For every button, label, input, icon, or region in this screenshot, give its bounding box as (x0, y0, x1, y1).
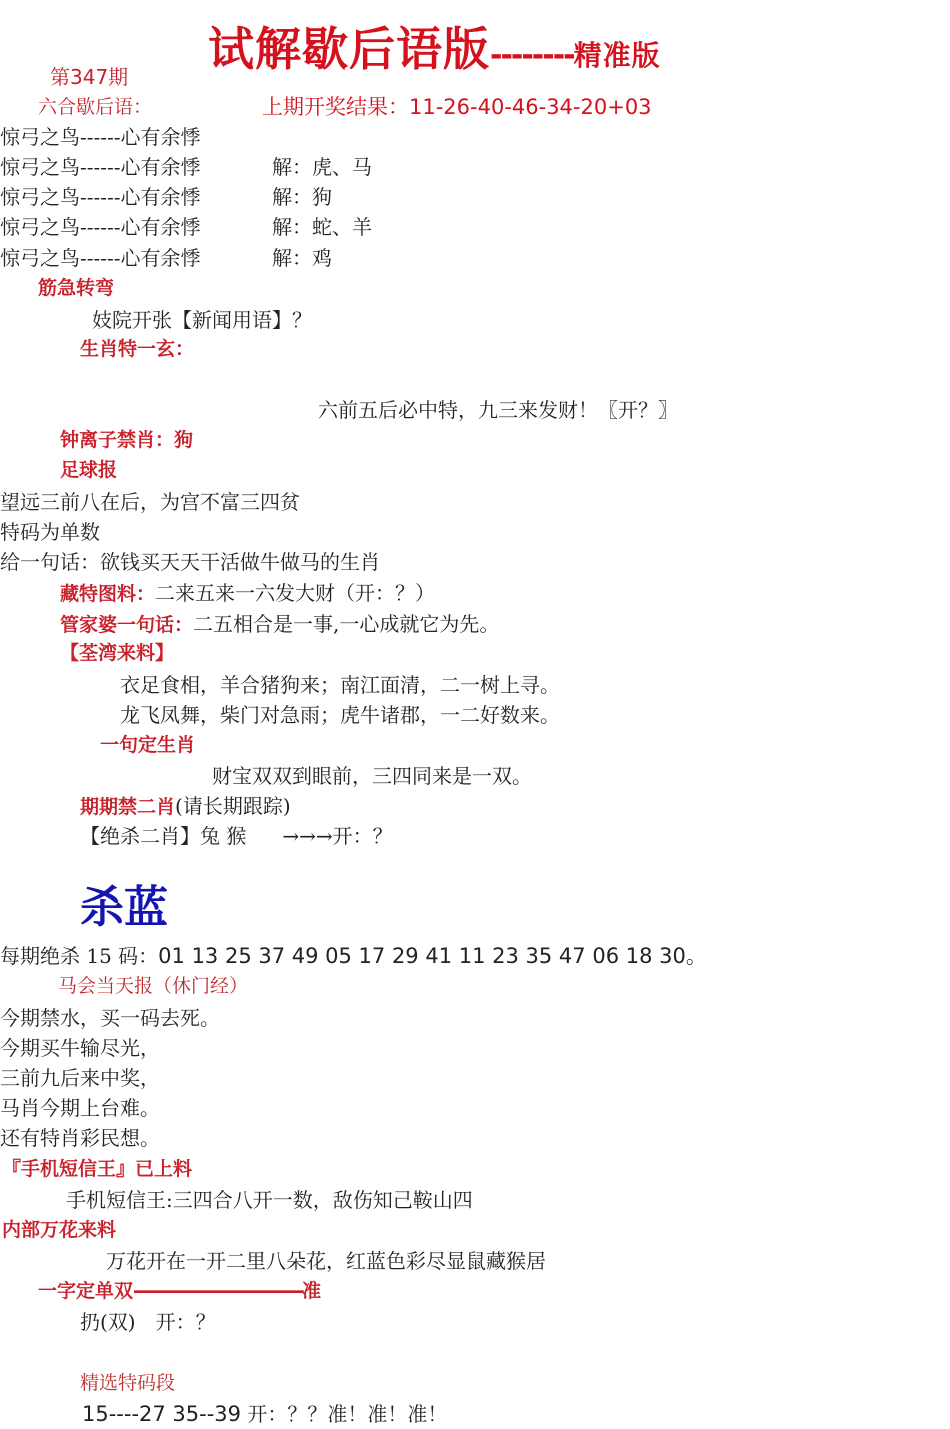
horse-club-line: 马肖今期上台难。 (0, 1098, 160, 1118)
ban-two-zodiacs: 【绝杀二肖】兔 猴 (80, 824, 246, 848)
xiehouyu-answer: 解：虎、马 (272, 157, 372, 177)
special-range-title: 精选特码段 (80, 1374, 175, 1393)
horse-club-line: 三前九后来中奖， (0, 1068, 160, 1088)
ban-two-arrow: →→→开：？ (282, 824, 392, 848)
xiehouyu-row: 惊弓之鸟------心有余悸 (0, 217, 201, 237)
football-line: 望远三前八在后，为宫不富三四贫 (0, 492, 300, 512)
brain-teaser-title: 筋急转弯 (38, 279, 114, 298)
special-range-numbers: 15----27 35--39 (82, 1402, 241, 1426)
wanhua-title: 内部万花来料 (2, 1221, 116, 1240)
title-text: 试解歇后语版 (208, 22, 490, 76)
page-title: 试解歇后语版--------精准版 (208, 26, 661, 72)
xiehouyu-answer: 解：狗 (272, 187, 332, 207)
last-result-numbers: 11-26-40-46-34-20+03 (409, 95, 652, 119)
xiehouyu-row: 惊弓之鸟------心有余悸 (0, 187, 201, 207)
title-dash: -------- (490, 38, 574, 73)
odd-even-title: 一字定单双--------------------------------准 (38, 1282, 321, 1301)
kill-blue-title: 杀蓝 (80, 886, 168, 930)
xiehouyu-text: 惊弓之鸟------心有余悸 (0, 246, 201, 270)
zhongli-title: 钟离子禁肖：狗 (60, 431, 193, 450)
xiehouyu-text: 惊弓之鸟------心有余悸 (0, 155, 201, 179)
sms-king-title: 『手机短信王』已上料 (2, 1160, 192, 1179)
housekeeper-label: 管家婆一句话： (60, 614, 193, 636)
hidden-chart: 藏特图料：二来五来一六发大财（开：？） (60, 583, 435, 604)
hidden-chart-label: 藏特图料： (60, 583, 155, 605)
quanwan-line: 龙飞凤舞，柴门对急雨；虎牛诸郡，一二好数来。 (120, 705, 560, 725)
wanhua-text: 万花开在一开二里八朵花，红蓝色彩尽显鼠藏猴居 (106, 1251, 546, 1271)
football-line: 特码为单数 (0, 522, 100, 542)
xiehouyu-text: 惊弓之鸟------心有余悸 (0, 215, 201, 239)
odd-even-label: 一字定单双 (38, 1280, 133, 1302)
issue-number: 第347期 (50, 67, 128, 87)
housekeeper: 管家婆一句话：二五相合是一事,一心成就它为先。 (60, 614, 499, 635)
xiehouyu-row: 惊弓之鸟------心有余悸 (0, 157, 201, 177)
special-range-text: 开：？？准！准！准！ (247, 1402, 447, 1426)
horse-club-line: 还有特肖彩民想。 (0, 1128, 160, 1148)
xiehouyu-row: 惊弓之鸟------心有余悸 (0, 127, 201, 147)
one-sentence-title: 一句定生肖 (100, 736, 195, 755)
xiehouyu-row: 惊弓之鸟------心有余悸 (0, 248, 201, 268)
xiehouyu-label: 六合歇后语： (38, 98, 152, 117)
title-subtitle: 精准版 (574, 39, 661, 72)
odd-even-text: 扔(双) 开：？ (80, 1312, 216, 1332)
special-range-line: 15----27 35--39 开：？？准！准！准！ (82, 1404, 447, 1425)
last-result: 上期开奖结果：11-26-40-46-34-20+03 (262, 97, 652, 118)
quanwan-title: 【荃湾来料】 (60, 644, 174, 663)
kill-blue-numbers: 01 13 25 37 49 05 17 29 41 11 23 35 47 0… (158, 944, 707, 968)
brain-teaser-text: 妓院开张【新闻用语】？ (92, 310, 312, 330)
one-sentence-text: 财宝双双到眼前，三四同来是一双。 (212, 766, 532, 786)
hidden-chart-text: 二来五来一六发大财（开：？） (155, 581, 435, 605)
horse-club-title: 马会当天报（休门经） (58, 977, 248, 996)
last-result-label: 上期开奖结果： (262, 95, 409, 119)
odd-even-dash: -------------------------------- (133, 1280, 302, 1302)
ban-two-note: (请长期跟踪) (175, 794, 291, 818)
sms-king-text: 手机短信王:三四合八开一数，敌伤知己鞍山四 (66, 1190, 473, 1210)
football-title: 足球报 (60, 461, 117, 480)
xiehouyu-answer: 解：鸡 (272, 248, 332, 268)
xiehouyu-text: 惊弓之鸟------心有余悸 (0, 125, 201, 149)
xiehouyu-text: 惊弓之鸟------心有余悸 (0, 185, 201, 209)
kill-blue-line: 每期绝杀 15 码：01 13 25 37 49 05 17 29 41 11 … (0, 946, 707, 967)
football-line: 给一句话：欲钱买天天干活做牛做马的生肖 (0, 552, 380, 572)
zodiac-mystery-text: 六前五后必中特，九三来发财！〖开？〗 (318, 400, 678, 420)
horse-club-line: 今期禁水，买一码去死。 (0, 1008, 220, 1028)
housekeeper-text: 二五相合是一事,一心成就它为先。 (193, 612, 499, 636)
ban-two-line: 【绝杀二肖】兔 猴→→→开：？ (80, 826, 393, 846)
odd-even-end: 准 (302, 1280, 321, 1302)
ban-two: 期期禁二肖(请长期跟踪) (80, 796, 291, 817)
horse-club-line: 今期买牛输尽光， (0, 1038, 160, 1058)
ban-two-title: 期期禁二肖 (80, 796, 175, 818)
quanwan-line: 衣足食相，羊合猪狗来；南江面清，二一树上寻。 (120, 675, 560, 695)
xiehouyu-answer: 解：蛇、羊 (272, 217, 372, 237)
zodiac-mystery-title: 生肖特一玄： (80, 340, 194, 359)
kill-blue-label: 每期绝杀 15 码： (0, 944, 158, 968)
